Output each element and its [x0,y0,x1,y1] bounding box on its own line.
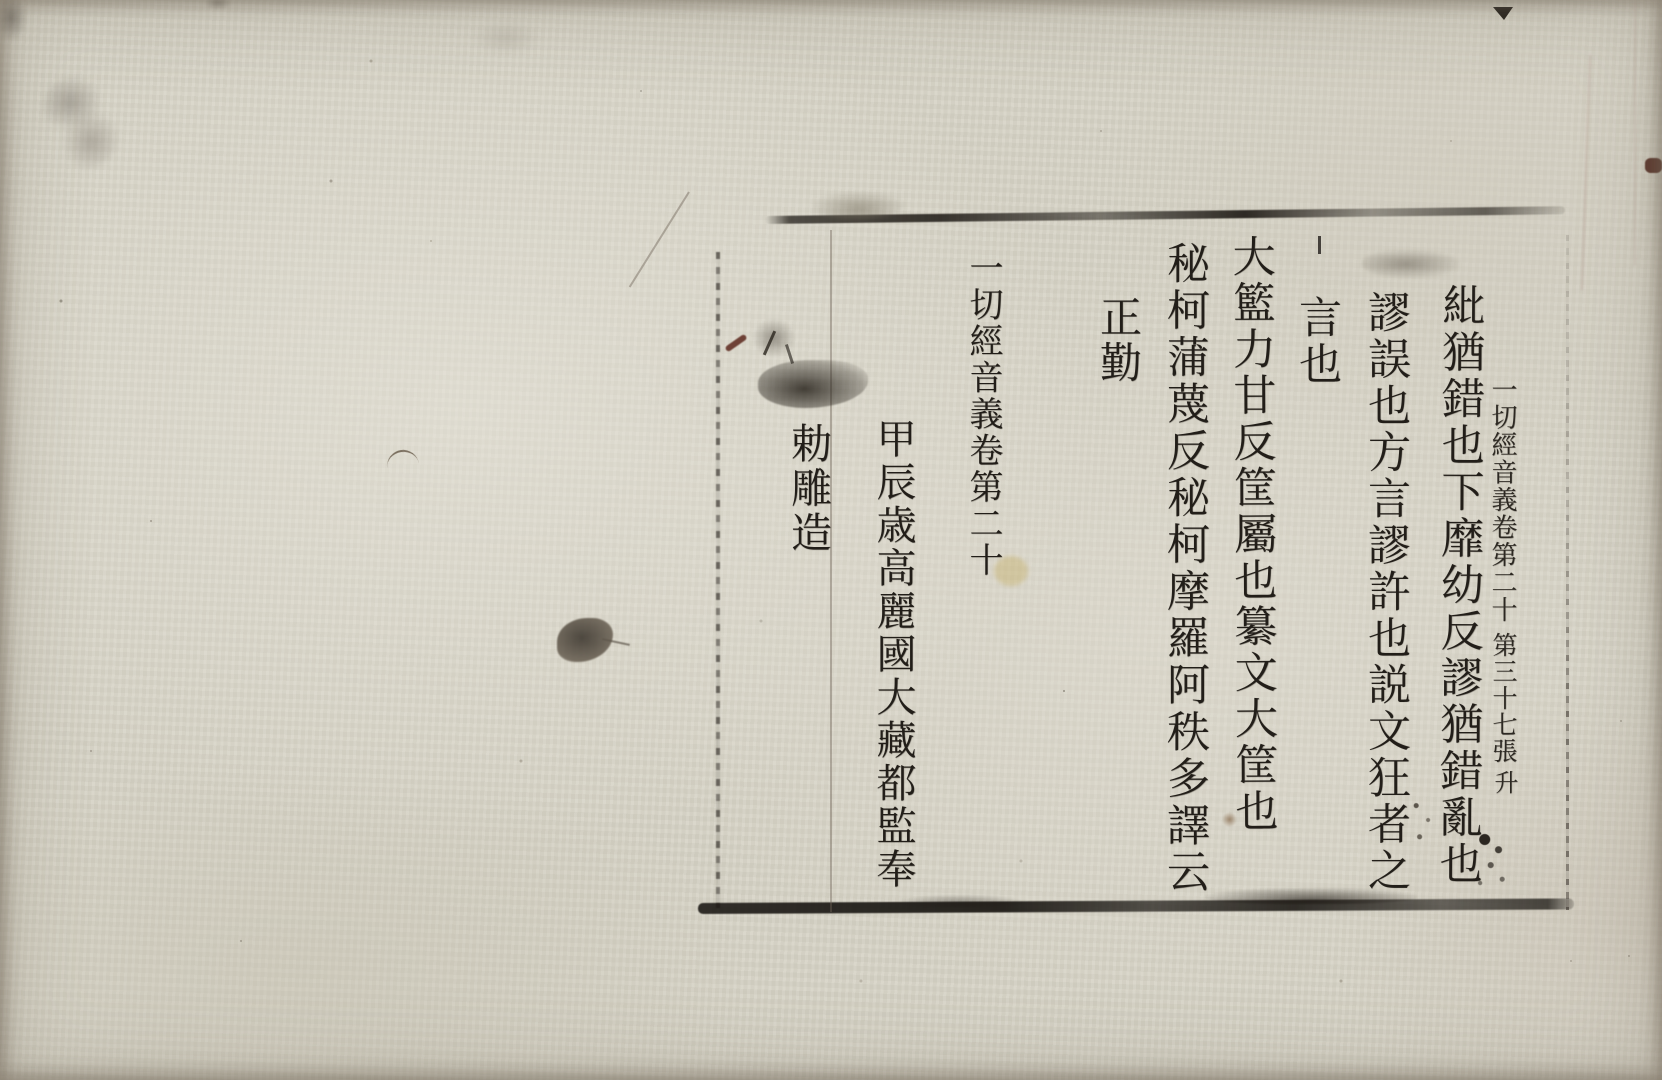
entry-column-2: 謬誤也方言謬許也説文狂者之 [1356,290,1417,895]
entry-column-6: 正勤 [1088,295,1148,386]
right-edge-red-mark [1645,158,1662,173]
entry-column-1: 紕猶錯也下靡幼反謬猶錯亂也 [1427,283,1491,888]
dark-blob-stain [557,618,613,662]
black-triangle-mark [1493,7,1513,20]
entry-column-3: 言也 [1287,295,1348,388]
ink-smudge-column-top [1362,250,1460,278]
fiber-curl-mark [385,448,419,468]
ink-smudge-above-border [812,192,906,220]
top-edge-mark [204,0,232,10]
colophon-line-1: 甲辰歳高麗國大藏都監奉 [865,418,922,891]
margin-sheet-number: 第三十七張 [1485,632,1521,765]
colophon-line-2: 勅雕造 [779,422,838,556]
end-title-column: 一切經音義卷第二十 [959,250,1008,579]
right-crease-line [1581,55,1591,290]
frame-left-border [716,252,720,908]
gray-smudge-stain [42,76,122,170]
red-brown-stroke [724,334,747,353]
frame-right-border [1566,235,1569,910]
frame-top-border [765,206,1565,224]
corner-speck-stain [0,0,28,42]
right-edge-crease-line [1634,0,1636,265]
ink-tick-mark-2 [785,344,794,364]
ink-tick-mark-1 [763,331,776,356]
frame-bottom-border [698,898,1574,914]
fold-crease-line [830,230,832,912]
faint-streak-stain [470,20,542,56]
ink-smear-satellite [752,318,796,358]
margin-case-mark: 升 [1487,770,1522,796]
dark-blob-tail [602,638,630,646]
entry-column-5: 秘柯蒲蔑反秘柯摩羅阿秩多譯云 [1155,241,1216,896]
border-tick-mark [1318,236,1321,254]
bottom-border-splatter-2 [900,895,1022,907]
ink-smear-patch [758,360,868,408]
paper-fiber-specks [0,0,2,2]
scratch-line [629,191,690,287]
entry-column-4: 大籃力甘反筐屬也纂文大筐也 [1220,234,1284,835]
scanned-sutra-page: 一切經音義卷第二十 第三十七張 升 紕猶錯也下靡幼反謬猶錯亂也 謬誤也方言謬許也… [0,0,1662,1080]
